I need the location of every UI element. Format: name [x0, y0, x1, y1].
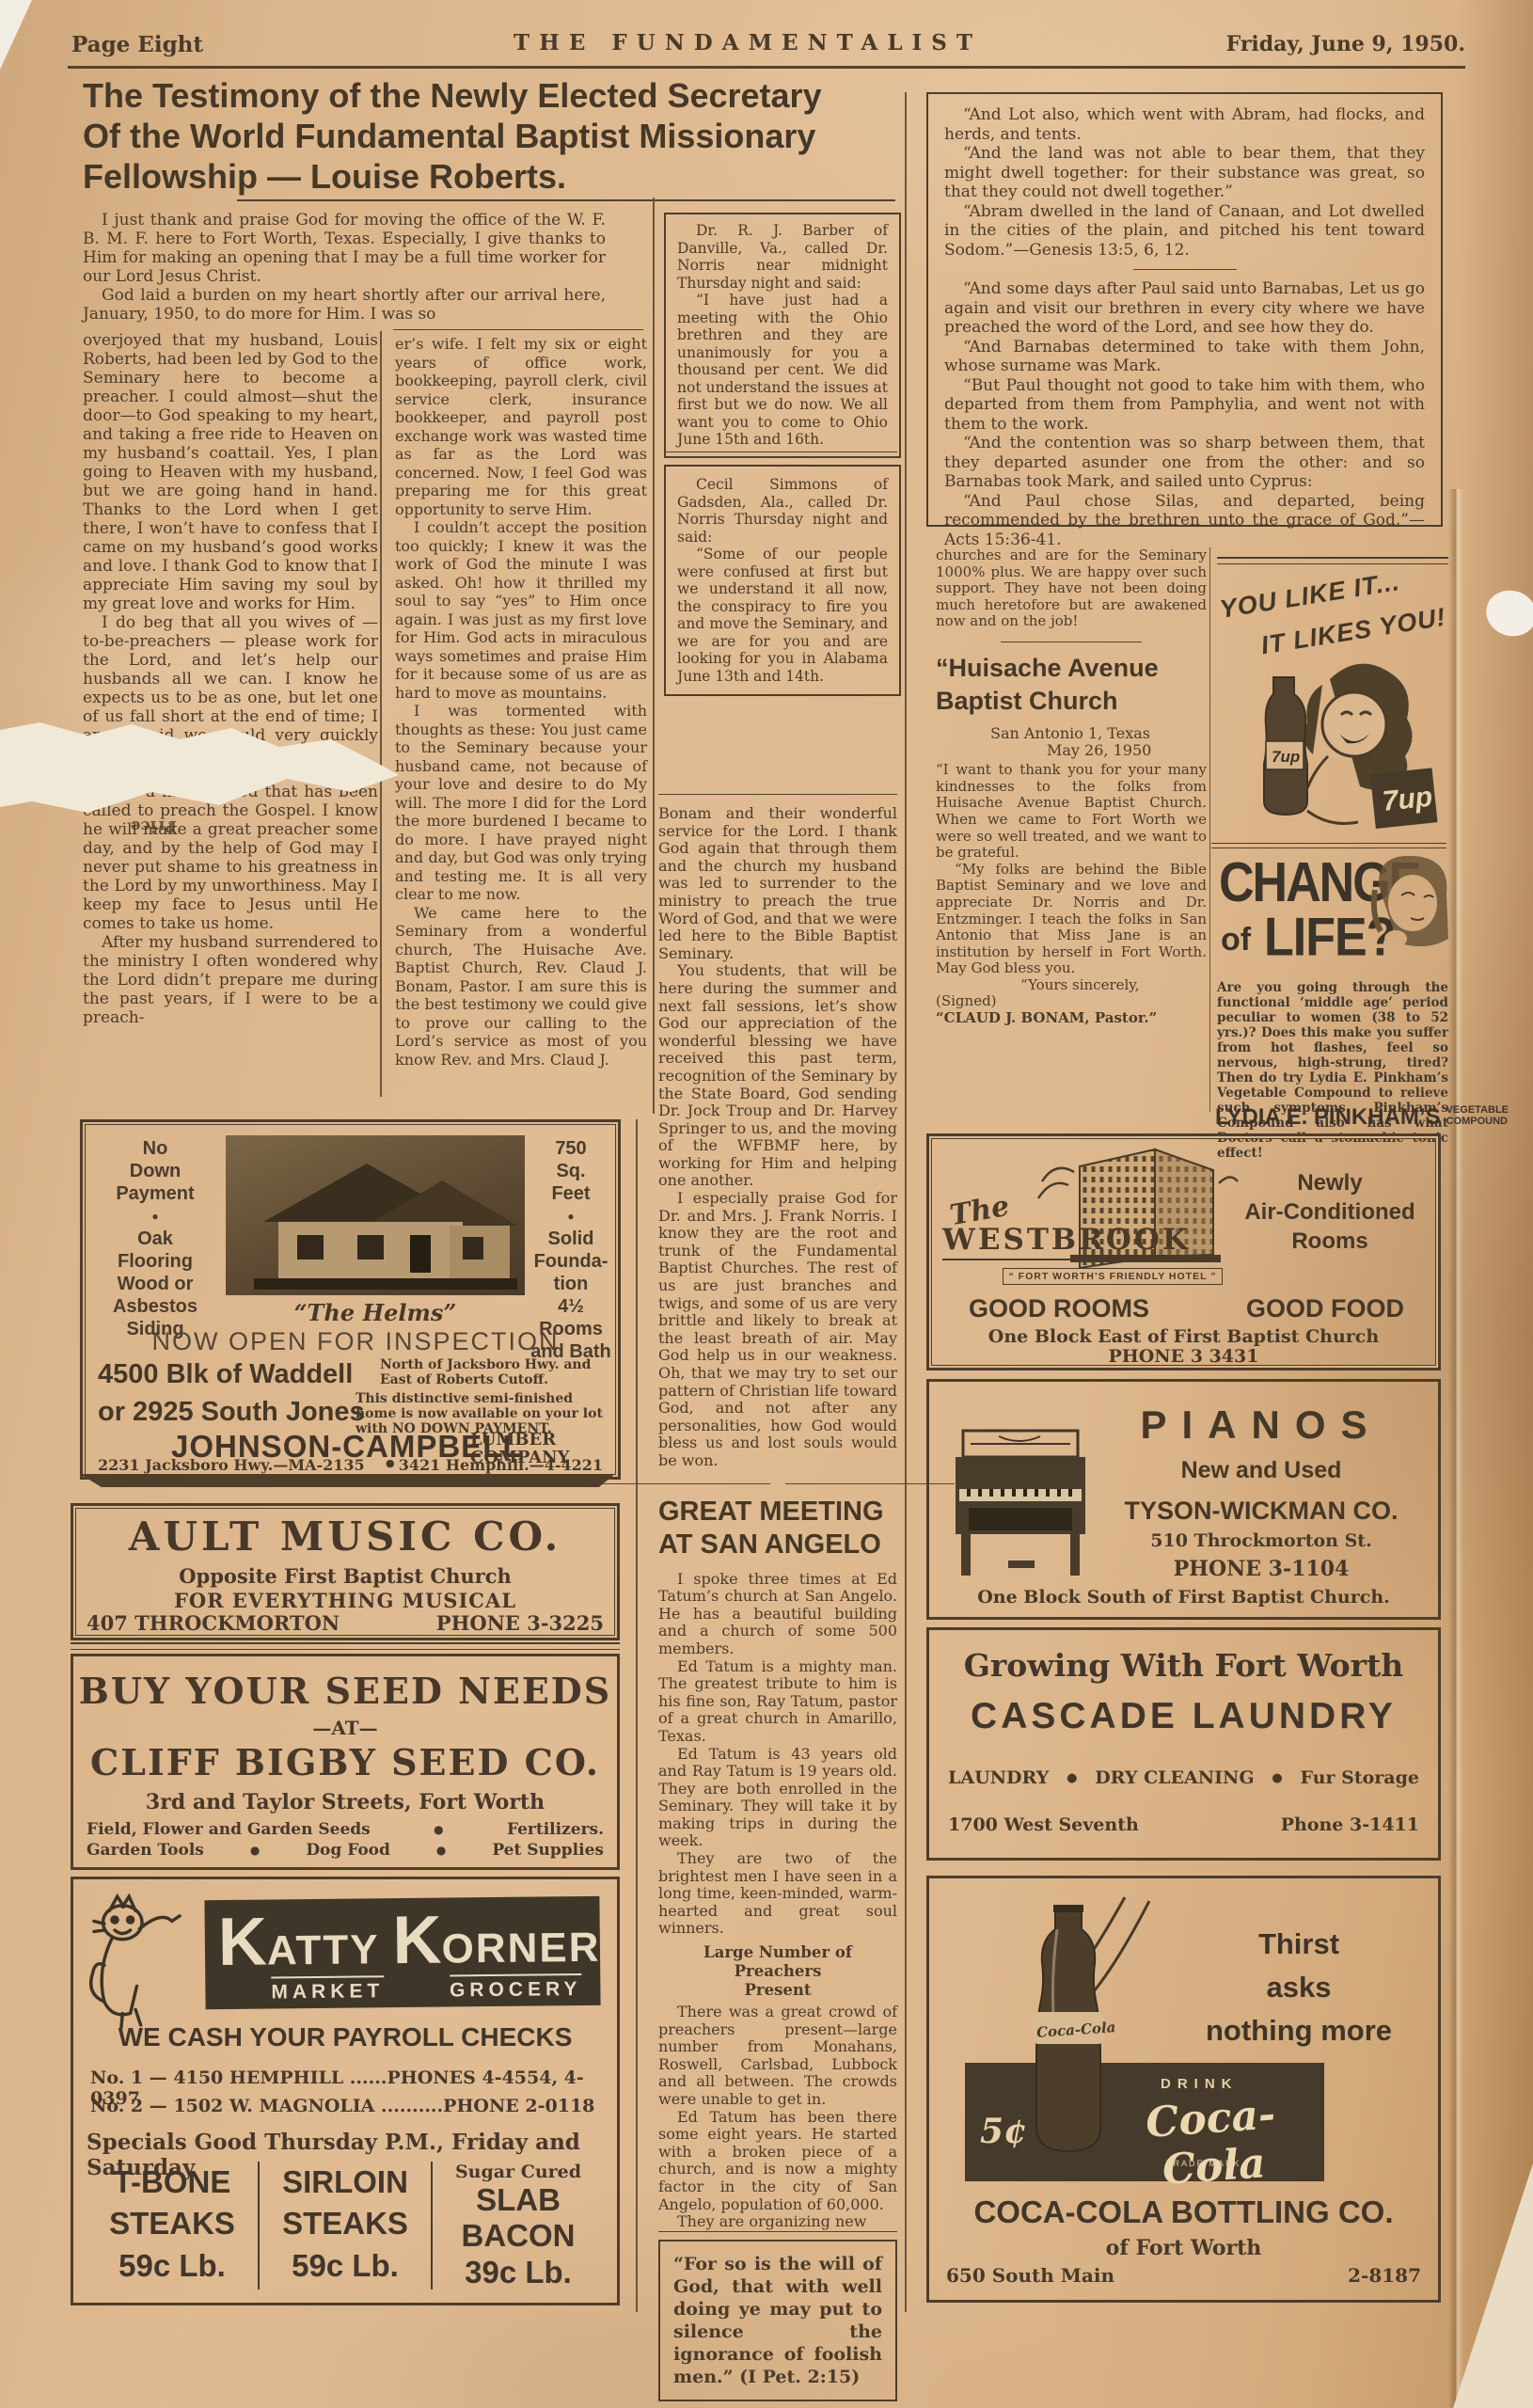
price-value: 59c Lb. — [87, 2244, 258, 2288]
paragraph: Dr. R. J. Barber of Danville, Va., calle… — [677, 222, 888, 292]
bullet-icon: ● — [1272, 1771, 1282, 1785]
bullet-icon: ● — [434, 1823, 443, 1836]
katty-tagline: WE CASH YOUR PAYROLL CHECKS — [73, 2022, 617, 2052]
pinkham-woman-illustration — [1369, 848, 1456, 980]
pianos-address: 510 Throckmorton St. — [1097, 1530, 1426, 1551]
seven-up-sign-label: 7up — [1381, 782, 1434, 817]
pianos-subtitle: New and Used — [1097, 1457, 1426, 1484]
bigby-name: CLIFF BIGBY SEED CO. — [73, 1741, 617, 1783]
westbrook-banner: “ FORT WORTH’S FRIENDLY HOTEL ” — [1003, 1268, 1223, 1285]
paragraph: “And Paul chose Silas, and departed, bei… — [944, 492, 1425, 550]
huisache-heading: “Huisache Avenue Baptist Church — [936, 652, 1207, 718]
westbrook-good-rooms: GOOD ROOMS — [969, 1294, 1149, 1323]
bullet-icon: ● — [90, 1205, 220, 1228]
helms-address-1: 4500 Blk of Waddell — [98, 1359, 353, 1390]
coca-cola-ad: Coca-Cola Thirst asks nothing more 5¢ DR… — [926, 1876, 1441, 2303]
paragraph: “And Lot also, which went with Abram, ha… — [944, 105, 1425, 144]
masthead-rule — [68, 66, 1465, 69]
subheading: Large Number of Preachers Present — [658, 1943, 897, 2000]
paragraph: “Yours sincerely, — [936, 977, 1207, 994]
section-rule — [664, 451, 897, 458]
article-intro: I just thank and praise God for moving t… — [83, 211, 606, 324]
westbrook-good-food: GOOD FOOD — [1246, 1294, 1404, 1323]
pinkham-headline-of: of — [1221, 922, 1251, 958]
helms-caption: “The Helms” — [226, 1299, 525, 1326]
bigby-seed-ad: BUY YOUR SEED NEEDS —AT— CLIFF BIGBY SEE… — [71, 1654, 620, 1870]
torn-reverse-print-fragment: Price — [90, 816, 177, 835]
huisache-column: churches and are for the Seminary 1000% … — [936, 547, 1207, 1027]
pianos-phone: PHONE 3-1104 — [1097, 1557, 1426, 1581]
paragraph: There was a great crowd of preachers pre… — [658, 2004, 897, 2109]
paragraph: “And Barnabas determined to take with th… — [944, 338, 1425, 376]
column-top-rule — [393, 329, 643, 330]
ault-address: 407 THROCKMORTON — [87, 1611, 340, 1635]
paragraph: You students, that will be here during t… — [658, 962, 897, 1190]
masthead-date: Friday, June 9, 1950. — [1166, 32, 1465, 56]
cascade-phone: Phone 3-1411 — [1281, 1814, 1419, 1835]
headline-line: The Testimony of the Newly Elected Secre… — [83, 75, 929, 116]
page-number-label: Page Eight — [71, 32, 203, 57]
katty-initial: K — [392, 1903, 442, 1979]
section-divider — [1001, 642, 1142, 642]
cascade-name: CASCADE LAUNDRY — [929, 1696, 1438, 1737]
section-rule — [658, 794, 897, 795]
paragraph: “Abram dwelled in the land of Canaan, an… — [944, 202, 1425, 261]
helms-address-2: or 2925 South Jones — [98, 1397, 365, 1428]
verse-box: “For so is the will of God, that with we… — [658, 2240, 897, 2401]
letter-place: San Antonio 1, Texas — [936, 725, 1207, 742]
westbrook-ad: The WESTBROOK “ FORT WORTH’S FRIENDLY HO… — [926, 1133, 1441, 1370]
pinkham-ad: CHANGE of LIFE? Are you going through th… — [1215, 848, 1450, 1121]
article-column-2: er’s wife. I felt my six or eight years … — [395, 335, 647, 1069]
paragraph: “My folks are behind the Bible Baptist S… — [936, 862, 1207, 977]
paragraph: churches and are for the Seminary 1000% … — [936, 547, 1207, 630]
bigby-items-row-1: Field, Flower and Garden Seeds ● Fertili… — [87, 1820, 604, 1839]
ad-rule — [1217, 557, 1448, 564]
newspaper-page: Page Eight THE FUNDAMENTALIST Friday, Ju… — [0, 0, 1533, 2408]
headline-rule — [237, 199, 895, 201]
paragraph: “But Paul thought not good to take him w… — [944, 376, 1425, 435]
price-value: 59c Lb. — [260, 2244, 431, 2288]
katty-korner-ad: KATTYKORNER MARKET GROCERY WE CASH YOUR … — [71, 1877, 620, 2305]
column-rule — [905, 92, 907, 2312]
newspaper-title: THE FUNDAMENTALIST — [357, 30, 1138, 55]
helms-ad: No Down Payment ● Oak Flooring Wood or A… — [80, 1119, 621, 1480]
paragraph: “Some of our people were confused at fir… — [677, 546, 888, 685]
bullet-icon: ● — [1067, 1771, 1077, 1785]
star-divider — [658, 1481, 897, 1486]
heading-line: GREAT MEETING — [658, 1496, 897, 1529]
katty-location-2: No. 2 — 1502 W. MAGNOLIA ..........PHONE… — [90, 2096, 594, 2116]
bullet-icon: ● — [386, 1457, 395, 1469]
bullet-icon: ● — [436, 1844, 446, 1857]
helms-open-line: NOW OPEN FOR INSPECTION — [139, 1327, 572, 1356]
price-column-bacon: Sugar Cured SLAB BACON 39c Lb. — [433, 2162, 604, 2289]
bigby-address: 3rd and Taylor Streets, Fort Worth — [73, 1790, 617, 1814]
san-angelo-heading: GREAT MEETING AT SAN ANGELO — [658, 1496, 897, 1561]
coke-company: COCA-COLA BOTTLING CO. — [929, 2194, 1438, 2230]
bigby-line-2: —AT— — [73, 1717, 617, 1739]
paragraph: “I have just had a meeting with the Ohio… — [677, 292, 888, 449]
bigby-items-row-2: Garden Tools ● Dog Food ● Pet Supplies — [87, 1841, 604, 1860]
paragraph: “I want to thank you for your many kindn… — [936, 762, 1207, 862]
katty-initial: K — [217, 1905, 267, 1981]
barber-quote-box: Dr. R. J. Barber of Danville, Va., calle… — [664, 213, 901, 458]
bigby-line-1: BUY YOUR SEED NEEDS — [73, 1670, 617, 1712]
pinkham-brand-sub: COMPOUND — [1446, 1116, 1509, 1127]
paragraph: “And some days after Paul said unto Barn… — [944, 279, 1425, 338]
paragraph: I was tormented with thoughts as these: … — [395, 702, 647, 904]
helms-address-1-note: North of Jacksboro Hwy. and East of Robe… — [380, 1357, 606, 1387]
paragraph: “And the contention was so sharp between… — [944, 434, 1425, 492]
seven-up-ad: YOU LIKE IT... IT LIKES YOU! 7up 7up — [1217, 557, 1448, 850]
hotel-building-illustration — [1014, 1144, 1240, 1283]
westbrook-phone: PHONE 3 3431 — [929, 1346, 1438, 1367]
simmons-quote-box: Cecil Simmons of Gadsden, Ala., called D… — [664, 465, 901, 696]
paragraph: overjoyed that my husband, Louis Roberts… — [83, 331, 378, 613]
ault-line-2: FOR EVERYTHING MUSICAL — [73, 1589, 617, 1612]
paragraph: I spoke three times at Ed Tatum’s church… — [658, 1571, 897, 1658]
ad-divider-rule — [71, 1642, 620, 1650]
coke-trademark-label: TRADE-MARK — [1166, 2159, 1241, 2168]
paragraph: We came here to the Seminary from a wond… — [395, 904, 647, 1069]
cascade-address: 1700 West Seventh — [948, 1814, 1139, 1835]
coke-phone: 2-8187 — [1348, 2264, 1421, 2287]
column-rule — [636, 1119, 638, 2312]
helms-footer-right: 3421 Hemphill.—4-4221 — [399, 1456, 603, 1474]
katty-sub-grocery: GROCERY — [450, 1973, 582, 2002]
seven-up-bottle-label: 7up — [1272, 748, 1300, 766]
price-value: 39c Lb. — [433, 2254, 604, 2291]
column-rule — [1209, 547, 1210, 1112]
cascade-ad: Growing With Fort Worth CASCADE LAUNDRY … — [926, 1627, 1441, 1861]
letter-signature: “CLAUD J. BONAM, Pastor.” — [936, 1010, 1207, 1027]
katty-sub-market: MARKET — [271, 1975, 384, 2004]
paragraph: I couldn’t accept the position too quick… — [395, 518, 647, 702]
coke-of-line: of Fort Worth — [929, 2236, 1438, 2260]
westbrook-newly: Newly Air-Conditioned Rooms — [1238, 1168, 1422, 1256]
column-rule — [653, 198, 655, 1114]
middle-column: Bonam and their wonderful service for th… — [658, 805, 897, 2312]
paragraph: God laid a burden on my heart shortly af… — [83, 286, 606, 324]
katty-price-columns: T-BONE STEAKS 59c Lb. SIRLOIN STEAKS 59c… — [87, 2162, 604, 2289]
helms-house-photo — [226, 1135, 525, 1295]
paragraph: I just thank and praise God for moving t… — [83, 211, 606, 286]
paragraph: Bonam and their wonderful service for th… — [658, 805, 897, 962]
paragraph: After my husband surrendered to the mini… — [83, 933, 378, 1027]
article-headline: The Testimony of the Newly Elected Secre… — [83, 75, 929, 197]
pianos-company: TYSON-WICKMAN CO. — [1097, 1497, 1426, 1526]
house-illustration — [226, 1135, 525, 1295]
headline-line: Of the World Fundamental Baptist Mission… — [83, 116, 929, 156]
verse-box-group: “For so is the will of God, that with we… — [658, 2231, 897, 2401]
ault-line-1: Opposite First Baptist Church — [73, 1564, 617, 1588]
pianos-title: PIANOS — [1097, 1402, 1426, 1448]
price-column-tbone: T-BONE STEAKS 59c Lb. — [87, 2162, 258, 2289]
ault-phone: PHONE 3-3225 — [436, 1611, 604, 1635]
paragraph: They are organizing new — [658, 2213, 897, 2231]
katty-logo-banner: KATTYKORNER MARKET GROCERY — [204, 1896, 600, 2009]
heading-line: AT SAN ANGELO — [658, 1529, 897, 1561]
pianos-note: One Block South of First Baptist Church. — [929, 1587, 1438, 1608]
bullet-icon: ● — [250, 1844, 260, 1857]
westbrook-name: WESTBROOK — [942, 1223, 1191, 1260]
pinkham-brand-sub: VEGETABLE — [1446, 1104, 1509, 1116]
helms-left-features: No Down Payment ● Oak Flooring Wood or A… — [90, 1137, 220, 1340]
cascade-tagline: Growing With Fort Worth — [929, 1647, 1438, 1684]
coke-slogan: Thirst asks nothing more — [1200, 1927, 1398, 2048]
scripture-box: “And Lot also, which went with Abram, ha… — [926, 92, 1443, 527]
article-column-1: overjoyed that my husband, Louis Roberts… — [83, 331, 378, 1027]
pianos-ad: PIANOS New and Used TYSON-WICKMAN CO. 51… — [926, 1379, 1441, 1620]
ault-music-ad: AULT MUSIC CO. Opposite First Baptist Ch… — [71, 1503, 620, 1640]
cat-mascot-icon — [81, 1893, 203, 2036]
paragraph: “And the land was not able to bear them,… — [944, 144, 1425, 202]
coke-drink-label: DRINK — [1161, 2076, 1239, 2092]
ault-name: AULT MUSIC CO. — [73, 1513, 617, 1560]
paragraph: Ed Tatum is 43 years old and Ray Tatum i… — [658, 1746, 897, 1851]
paragraph: Cecil Simmons of Gadsden, Ala., called D… — [677, 476, 888, 546]
headline-line: Fellowship — Louise Roberts. — [83, 156, 929, 197]
column-rule — [380, 331, 382, 1097]
seven-up-girl-illustration: 7up 7up — [1217, 651, 1448, 848]
paragraph: Ed Tatum is a mighty man. The greatest t… — [658, 1658, 897, 1746]
westbrook-location-line: One Block East of First Baptist Church — [929, 1326, 1438, 1347]
helms-footer-left: 2231 Jacksboro Hwy.—MA-2135 — [98, 1456, 365, 1474]
cascade-services: LAUNDRY ● DRY CLEANING ● Fur Storage — [948, 1767, 1419, 1788]
paragraph: They are two of the brightest men I have… — [658, 1850, 897, 1938]
pinkham-brand: LYDIA E. PINKHAM’S — [1215, 1104, 1441, 1131]
letter-signed: (Signed) — [936, 993, 1207, 1010]
paragraph: I especially praise God for Dr. and Mrs.… — [658, 1190, 897, 1470]
bullet-icon: ● — [529, 1205, 613, 1228]
paragraph: er’s wife. I felt my six or eight years … — [395, 335, 647, 518]
price-column-sirloin: SIRLOIN STEAKS 59c Lb. — [260, 2162, 431, 2289]
letter-date: May 26, 1950 — [936, 742, 1207, 759]
coke-address: 650 South Main — [946, 2264, 1114, 2287]
paragraph: Ed Tatum has been there some eight years… — [658, 2109, 897, 2214]
piano-illustration — [942, 1402, 1098, 1591]
scripture-divider — [1133, 269, 1237, 270]
